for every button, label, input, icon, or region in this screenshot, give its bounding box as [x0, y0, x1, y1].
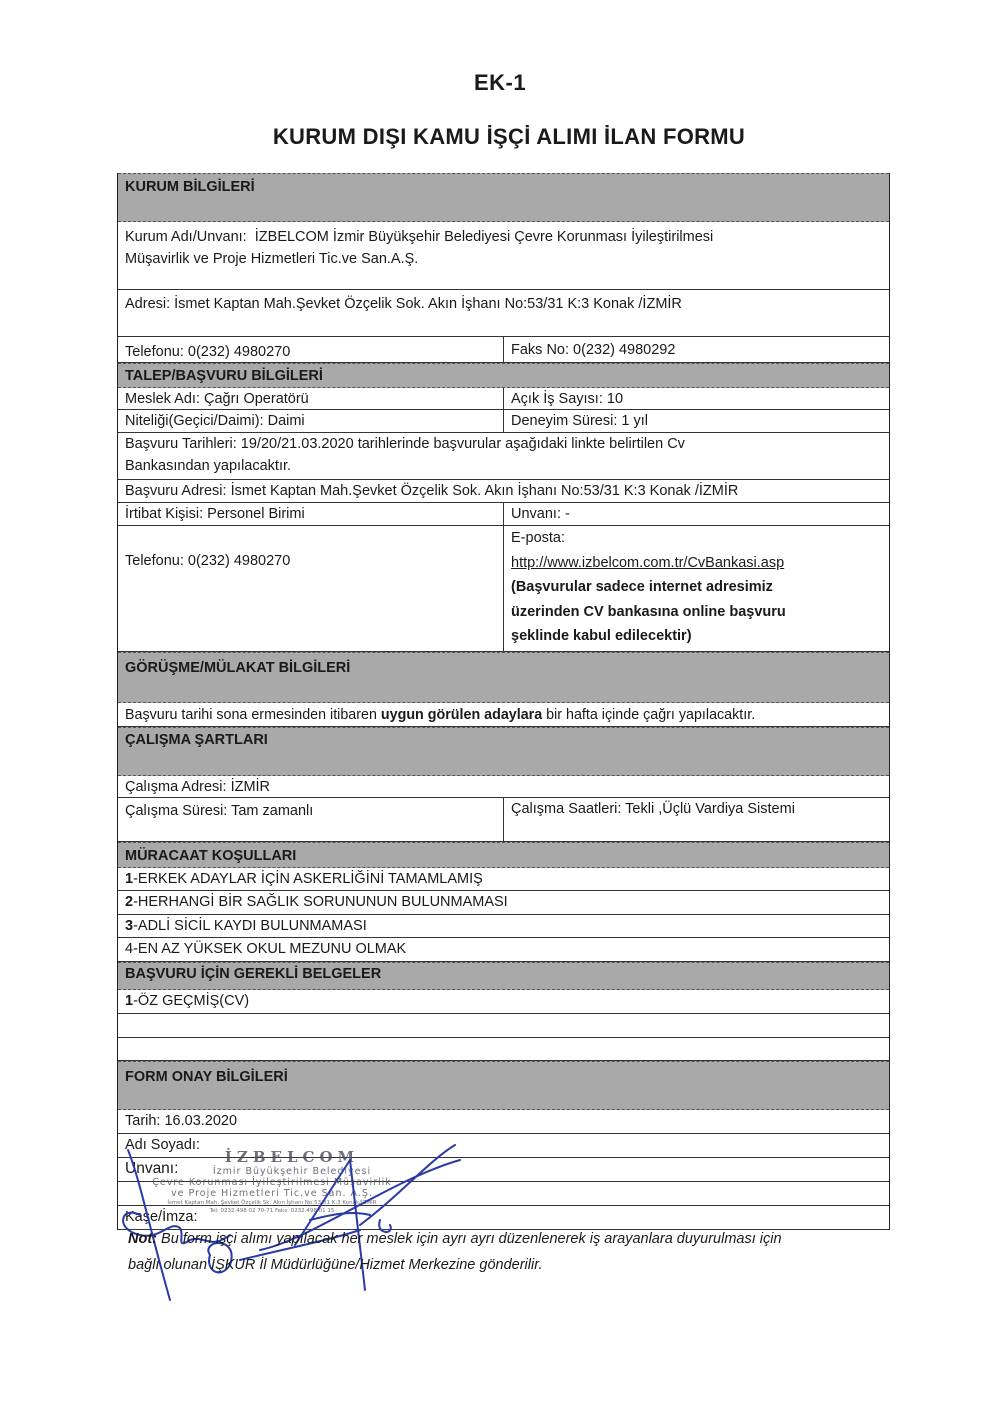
kurum-adi-line1: Kurum Adı/Unvanı: İZBELCOM İzmir Büyükşe… — [125, 226, 883, 248]
section-title: MÜRACAAT KOŞULLARI — [118, 843, 889, 867]
row-unvani: Unvanı: — [118, 1158, 889, 1182]
item-text: -HERHANGİ BİR SAĞLIK SORUNUNUN BULUNMAMA… — [133, 894, 508, 910]
cv-bank-link[interactable]: http://www.izbelcom.com.tr/CvBankasi.asp — [511, 551, 883, 576]
footnote-line1: Not: Bu form işçi alımı yapılacak her me… — [128, 1226, 888, 1252]
gorusme-text-post: bir hafta içinde çağrı yapılacaktır. — [542, 707, 755, 723]
onay-tarih: Tarih: 16.03.2020 — [118, 1110, 889, 1133]
condition-2: 2-HERHANGİ BİR SAĞLIK SORUNUNUN BULUNMAM… — [118, 891, 889, 914]
section-header-gorusme: GÖRÜŞME/MÜLAKAT BİLGİLERİ — [118, 652, 889, 703]
kurum-phone: Telefonu: 0(232) 4980270 — [118, 337, 504, 362]
item-text: -ERKEK ADAYLAR İÇİN ASKERLİĞİNİ TAMAMLAM… — [133, 871, 483, 887]
footnote: Not: Bu form işçi alımı yapılacak her me… — [128, 1226, 888, 1278]
row-adi-soyadi: Adı Soyadı: — [118, 1134, 889, 1158]
item-number: 2 — [125, 894, 133, 910]
basvuru-adresi: Başvuru Adresi: İsmet Kaptan Mah.Şevket … — [118, 480, 889, 502]
row-contact-details: Telefonu: 0(232) 4980270 E-posta: http:/… — [118, 526, 889, 652]
row-kurum-contact: Telefonu: 0(232) 4980270 Faks No: 0(232)… — [118, 337, 889, 363]
row-tarih: Tarih: 16.03.2020 — [118, 1110, 889, 1134]
gorusme-text-bold: uygun görülen adaylara — [381, 707, 542, 723]
deneyim-suresi: Deneyim Süresi: 1 yıl — [504, 410, 889, 432]
item-number: 1 — [125, 871, 133, 887]
eposta-note-line2: üzerinden CV bankasına online başvuru — [511, 600, 883, 625]
item-number: 4 — [125, 941, 133, 957]
row-calisma-sure: Çalışma Süresi: Tam zamanlı Çalışma Saat… — [118, 798, 889, 842]
list-item: 2-HERHANGİ BİR SAĞLIK SORUNUNUN BULUNMAM… — [118, 891, 889, 915]
section-title: ÇALIŞMA ŞARTLARI — [118, 728, 889, 775]
list-item: 1-ERKEK ADAYLAR İÇİN ASKERLİĞİNİ TAMAMLA… — [118, 868, 889, 891]
condition-1: 1-ERKEK ADAYLAR İÇİN ASKERLİĞİNİ TAMAMLA… — [118, 868, 889, 890]
section-header-talep: TALEP/BAŞVURU BİLGİLERİ — [118, 363, 889, 388]
page-title: KURUM DIŞI KAMU İŞÇİ ALIMI İLAN FORMU — [0, 124, 1000, 150]
section-header-muracaat: MÜRACAAT KOŞULLARI — [118, 842, 889, 868]
row-basvuru-adresi: Başvuru Adresi: İsmet Kaptan Mah.Şevket … — [118, 480, 889, 503]
item-text: -ADLİ SİCİL KAYDI BULUNMAMASI — [133, 918, 367, 934]
document-1: 1-ÖZ GEÇMİŞ(CV) — [118, 990, 889, 1013]
item-text: -EN AZ YÜKSEK OKUL MEZUNU OLMAK — [133, 941, 406, 957]
section-title: BAŞVURU İÇİN GEREKLİ BELGELER — [118, 963, 889, 989]
annex-label: EK-1 — [0, 70, 1000, 96]
irtibat-kisisi: İrtibat Kişisi: Personel Birimi — [118, 503, 504, 525]
item-number: 3 — [125, 918, 133, 934]
kurum-adi-label: Kurum Adı/Unvanı: — [125, 229, 247, 245]
kurum-fax: Faks No: 0(232) 4980292 — [504, 337, 889, 362]
empty-row — [118, 1182, 889, 1206]
job-posting-form: KURUM BİLGİLERİ Kurum Adı/Unvanı: İZBELC… — [117, 173, 890, 1230]
section-header-kurum: KURUM BİLGİLERİ — [118, 173, 889, 222]
row-kurum-adi: Kurum Adı/Unvanı: İZBELCOM İzmir Büyükşe… — [118, 222, 889, 290]
row-kurum-adres: Adresi: İsmet Kaptan Mah.Şevket Özçelik … — [118, 290, 889, 337]
calisma-suresi: Çalışma Süresi: Tam zamanlı — [118, 798, 504, 841]
condition-3: 3-ADLİ SİCİL KAYDI BULUNMAMASI — [118, 915, 889, 937]
section-title: TALEP/BAŞVURU BİLGİLERİ — [118, 364, 889, 387]
eposta-label: E-posta: — [511, 526, 883, 551]
list-item: 3-ADLİ SİCİL KAYDI BULUNMAMASI — [118, 915, 889, 938]
calisma-saatleri: Çalışma Saatleri: Tekli ,Üçlü Vardiya Si… — [504, 798, 889, 841]
eposta-note-line1: (Başvurular sadece internet adresimiz — [511, 575, 883, 600]
row-gorusme-text: Başvuru tarihi sona ermesinden itibaren … — [118, 703, 889, 727]
niteligi: Niteliği(Geçici/Daimi): Daimi — [118, 410, 504, 432]
section-header-belgeler: BAŞVURU İÇİN GEREKLİ BELGELER — [118, 962, 889, 990]
item-text: -ÖZ GEÇMİŞ(CV) — [133, 993, 249, 1009]
footnote-line2: bağlı olunan İŞKUR İl Müdürlüğüne/Hizmet… — [128, 1252, 888, 1278]
basvuru-telefon: Telefonu: 0(232) 4980270 — [118, 526, 504, 651]
gorusme-text: Başvuru tarihi sona ermesinden itibaren … — [118, 703, 889, 726]
meslek-adi: Meslek Adı: Çağrı Operatörü — [118, 388, 504, 409]
footnote-label: Not: — [128, 1231, 157, 1247]
basvuru-tarihleri-line2: Bankasından yapılacaktır. — [125, 455, 883, 477]
row-irtibat: İrtibat Kişisi: Personel Birimi Unvanı: … — [118, 503, 889, 526]
gorusme-text-pre: Başvuru tarihi sona ermesinden itibaren — [125, 707, 381, 723]
section-header-onay: FORM ONAY BİLGİLERİ — [118, 1061, 889, 1110]
empty-row — [118, 1014, 889, 1038]
onay-unvani: Unvanı: — [118, 1158, 889, 1181]
list-item: 4-EN AZ YÜKSEK OKUL MEZUNU OLMAK — [118, 938, 889, 962]
basvuru-tarihleri-line1: Başvuru Tarihleri: 19/20/21.03.2020 tari… — [125, 433, 883, 455]
item-number: 1 — [125, 993, 133, 1009]
row-meslek: Meslek Adı: Çağrı Operatörü Açık İş Sayı… — [118, 388, 889, 410]
onay-adi-soyadi: Adı Soyadı: — [118, 1134, 889, 1157]
condition-4: 4-EN AZ YÜKSEK OKUL MEZUNU OLMAK — [118, 938, 889, 961]
section-title: FORM ONAY BİLGİLERİ — [118, 1062, 889, 1109]
list-item: 1-ÖZ GEÇMİŞ(CV) — [118, 990, 889, 1014]
empty-row — [118, 1038, 889, 1061]
acik-is-sayisi: Açık İş Sayısı: 10 — [504, 388, 889, 409]
section-header-calisma: ÇALIŞMA ŞARTLARI — [118, 727, 889, 776]
calisma-adresi: Çalışma Adresi: İZMİR — [118, 776, 889, 797]
row-calisma-adresi: Çalışma Adresi: İZMİR — [118, 776, 889, 798]
section-title: KURUM BİLGİLERİ — [118, 174, 889, 221]
kurum-adi-value: İZBELCOM İzmir Büyükşehir Belediyesi Çev… — [255, 229, 714, 245]
eposta-note-line3: şeklinde kabul edilecektir) — [511, 624, 883, 649]
row-niteligi: Niteliği(Geçici/Daimi): Daimi Deneyim Sü… — [118, 410, 889, 433]
row-basvuru-tarihleri: Başvuru Tarihleri: 19/20/21.03.2020 tari… — [118, 433, 889, 480]
section-title: GÖRÜŞME/MÜLAKAT BİLGİLERİ — [118, 653, 889, 702]
kurum-adi-line2: Müşavirlik ve Proje Hizmetleri Tic.ve Sa… — [125, 248, 883, 270]
irtibat-unvani: Unvanı: - — [504, 503, 889, 525]
footnote-text1: Bu form işçi alımı yapılacak her meslek … — [157, 1231, 782, 1247]
kurum-address: Adresi: İsmet Kaptan Mah.Şevket Özçelik … — [118, 290, 889, 336]
